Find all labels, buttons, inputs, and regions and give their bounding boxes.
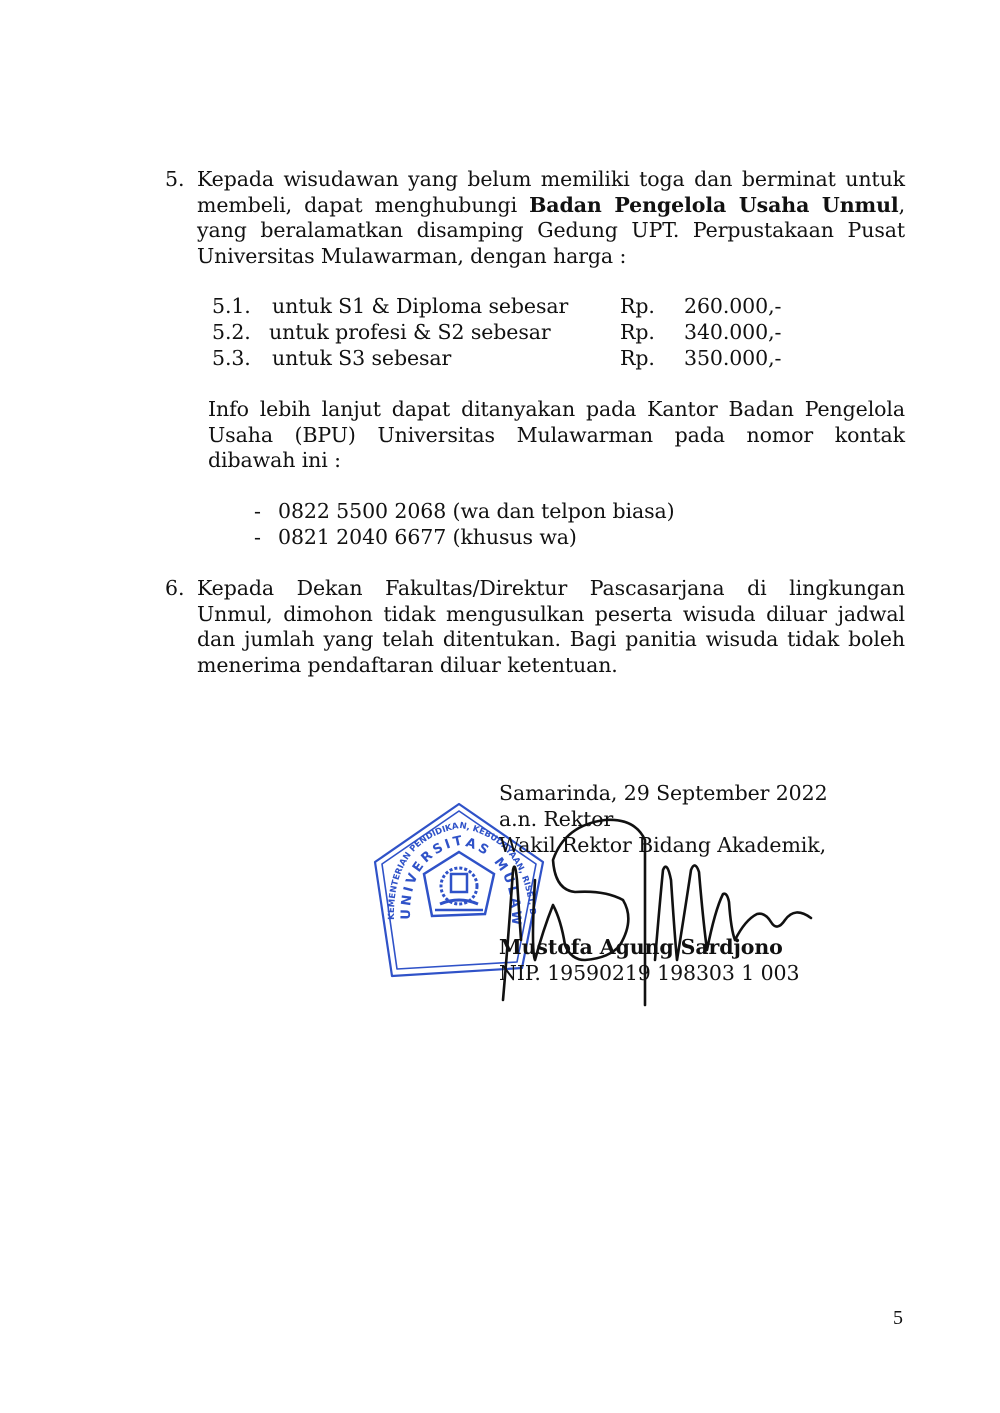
document-page: 5. Kepada wisudawan yang belum memiliki … [0,0,1000,1413]
price-label: untuk S3 sebesar [272,346,451,372]
price-currency: Rp. [620,346,655,372]
price-currency: Rp. [620,294,655,320]
contact-text: 0822 5500 2068 (wa dan telpon biasa) [278,499,675,523]
contact-item: -0822 5500 2068 (wa dan telpon biasa) [254,499,675,525]
price-number: 5.1. [212,294,251,320]
handwritten-signature-icon [495,810,815,1010]
contact-item: -0821 2040 6677 (khusus wa) [254,525,577,551]
price-amount: 340.000,- [684,320,781,346]
item-5-number: 5. [165,167,184,193]
info-paragraph: Info lebih lanjut dapat ditanyakan pada … [208,397,905,474]
price-number: 5.2. [212,320,251,346]
price-amount: 260.000,- [684,294,781,320]
bullet-dash: - [254,499,278,525]
price-amount: 350.000,- [684,346,781,372]
page-number: 5 [893,1307,903,1330]
price-currency: Rp. [620,320,655,346]
contact-text: 0821 2040 6677 (khusus wa) [278,525,577,549]
item-5-bold-org: Badan Pengelola Usaha Unmul [529,193,899,217]
price-label: untuk S1 & Diploma sebesar [272,294,568,320]
item-5-paragraph: Kepada wisudawan yang belum memiliki tog… [197,167,905,269]
item-6-number: 6. [165,576,184,602]
bullet-dash: - [254,525,278,551]
price-number: 5.3. [212,346,251,372]
price-label: untuk profesi & S2 sebesar [269,320,551,346]
place-date: Samarinda, 29 September 2022 [499,781,828,807]
item-6-paragraph: Kepada Dekan Fakultas/Direktur Pascasarj… [197,576,905,678]
